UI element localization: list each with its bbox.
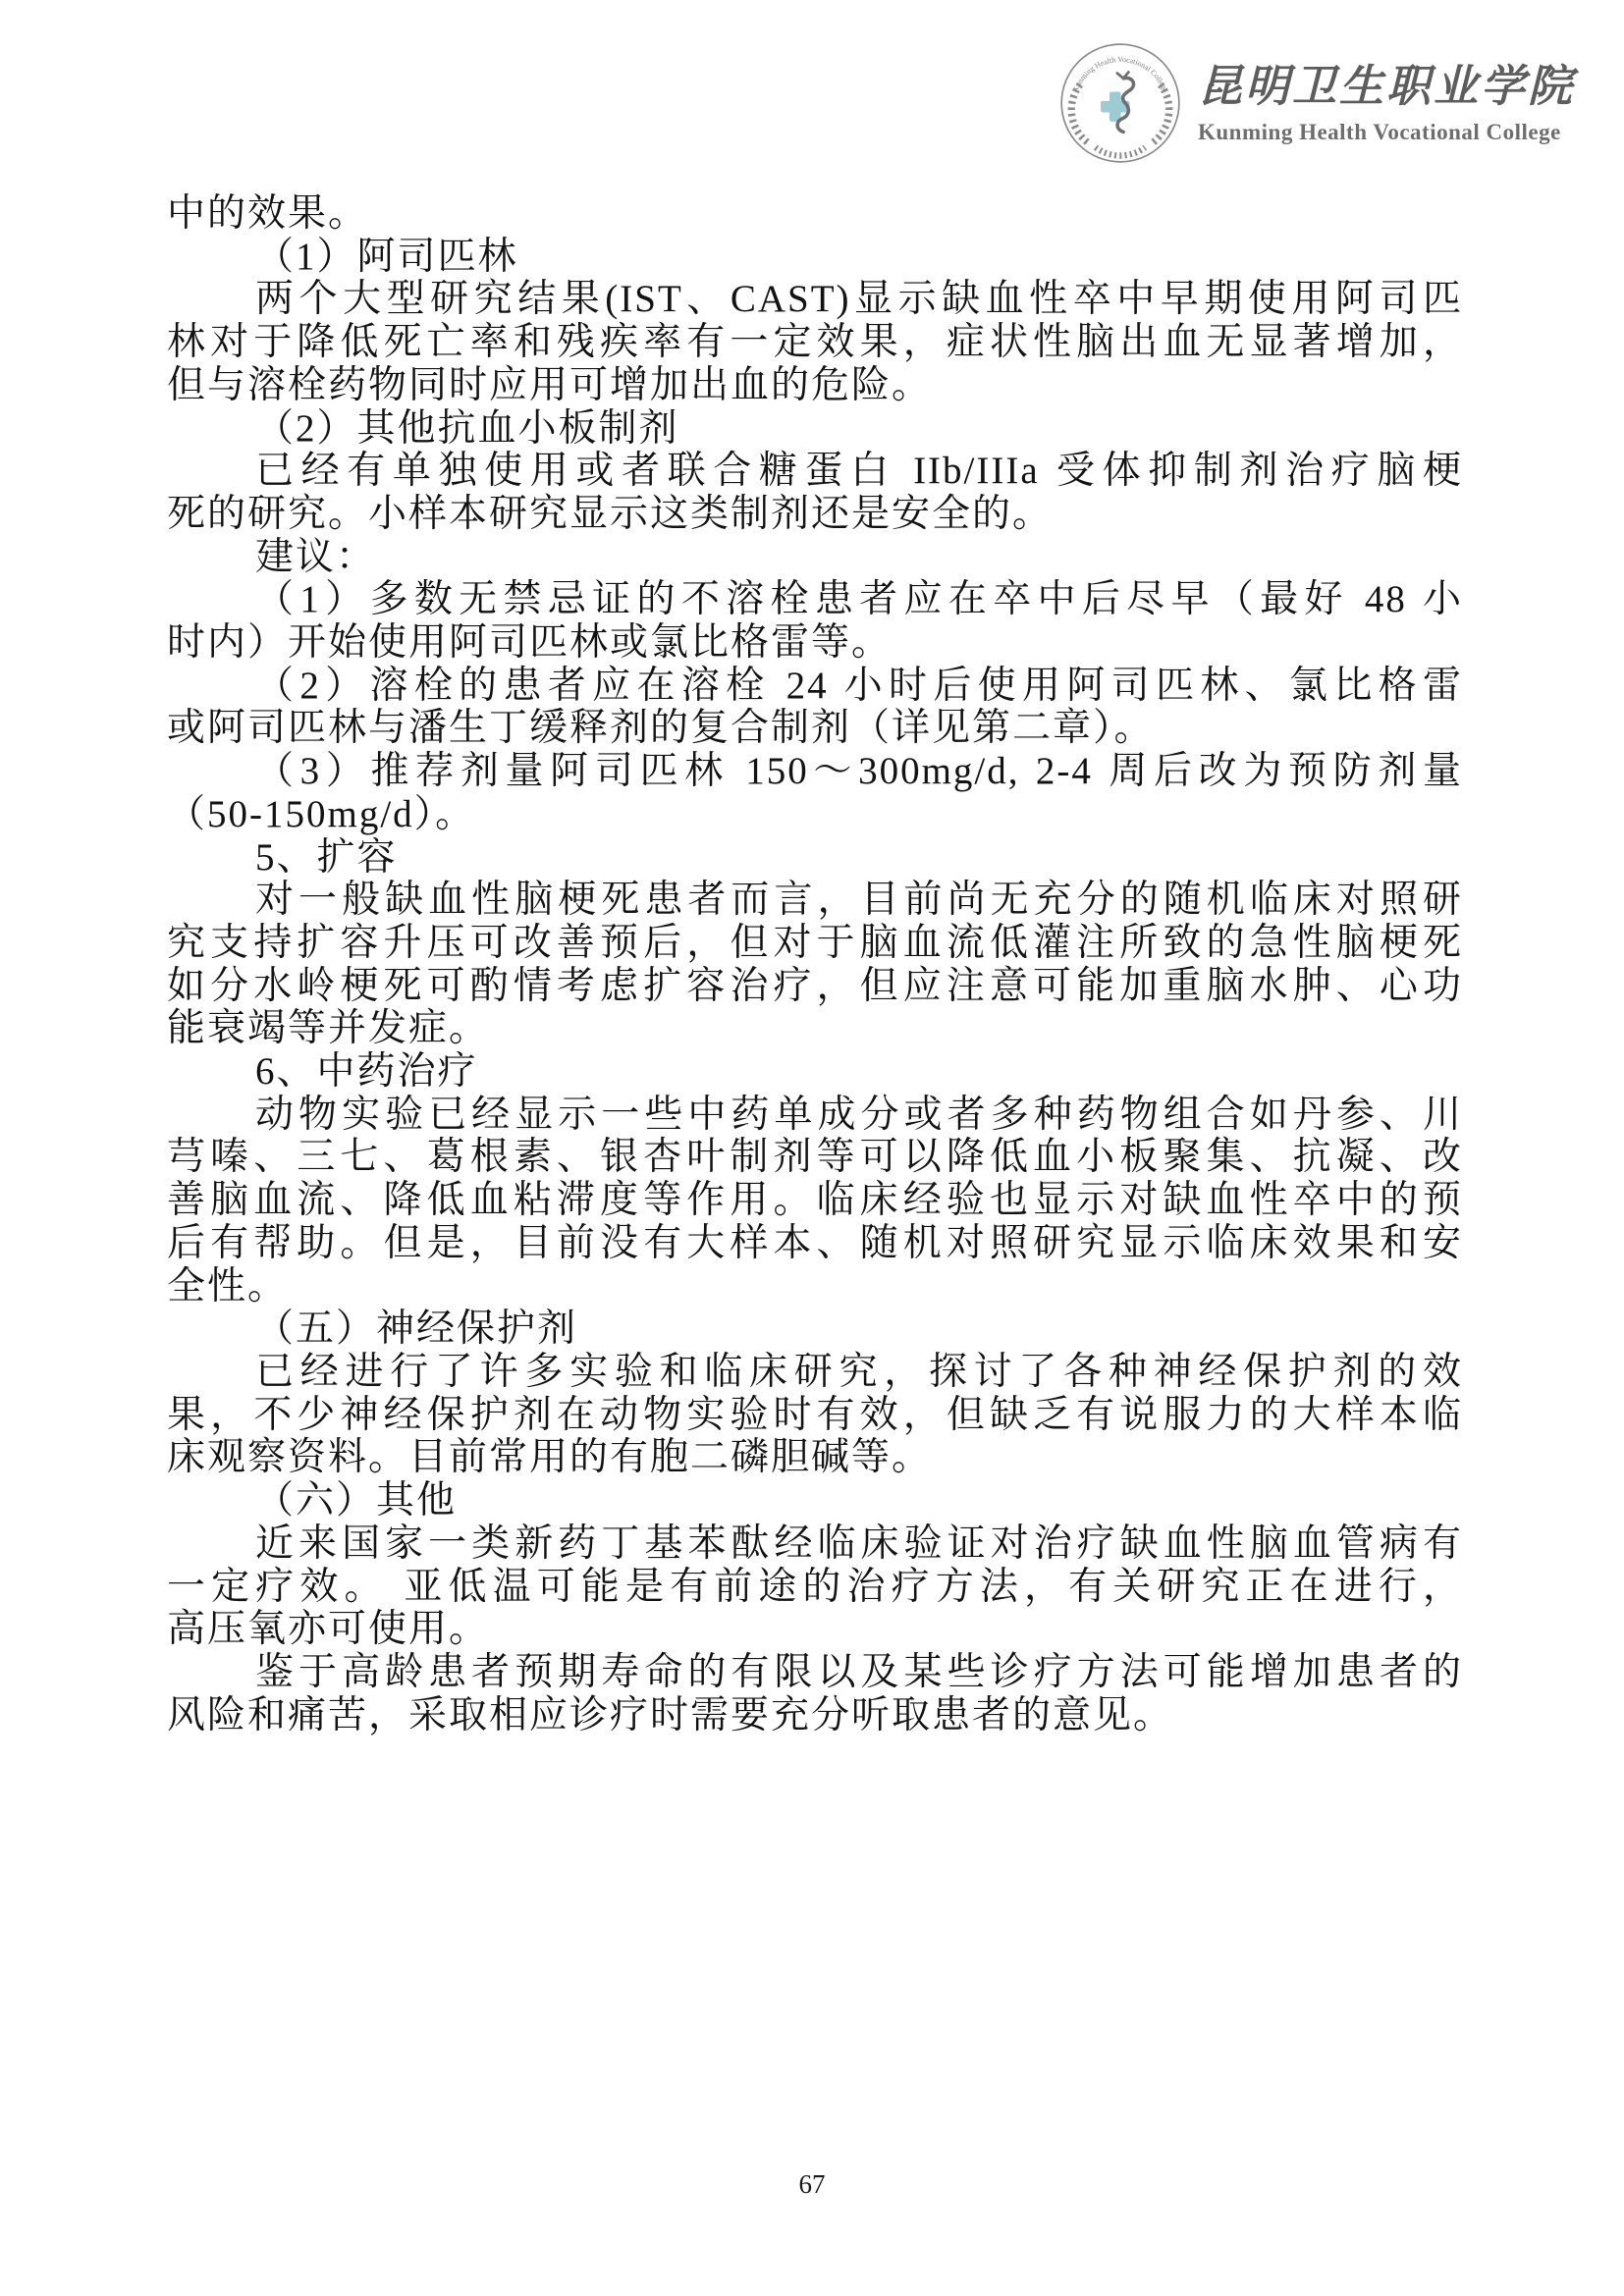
text-line: 风险和痛苦，采取相应诊疗时需要充分听取患者的意见。 — [167, 1694, 1463, 1737]
text-line: 高压氧亦可使用。 — [167, 1608, 1463, 1651]
text-line: （3）推荐剂量阿司匹林 150～300mg/d, 2-4 周后改为预防剂量 — [167, 750, 1463, 793]
text-line: 建议： — [167, 536, 1463, 579]
text-line: 动物实验已经显示一些中药单成分或者多种药物组合如丹参、川 — [167, 1094, 1463, 1137]
text-line: （50-150mg/d）。 — [167, 793, 1463, 836]
college-name-english: Kunming Health Vocational College — [1198, 120, 1575, 145]
text-line: 能衰竭等并发症。 — [167, 1007, 1463, 1050]
text-line: （1）阿司匹林 — [167, 236, 1463, 279]
text-line: 5、扩容 — [167, 836, 1463, 880]
text-line: 已经有单独使用或者联合糖蛋白 IIb/IIIa 受体抑制剂治疗脑梗 — [167, 450, 1463, 493]
page-number: 67 — [799, 2169, 826, 2199]
logo-text-block: 昆明卫生职业学院 Kunming Health Vocational Colle… — [1198, 41, 1575, 145]
document-body: 中的效果。（1）阿司匹林两个大型研究结果(IST、CAST)显示缺血性卒中早期使… — [167, 192, 1463, 1736]
text-line: （1）多数无禁忌证的不溶栓患者应在卒中后尽早（最好 48 小 — [167, 578, 1463, 621]
text-line: 如分水岭梗死可酌情考虑扩容治疗，但应注意可能加重脑水肿、心功 — [167, 965, 1463, 1008]
text-line: 善脑血流、降低血粘滞度等作用。临床经验也显示对缺血性卒中的预 — [167, 1179, 1463, 1222]
text-line: 果，不少神经保护剂在动物实验时有效，但缺乏有说服力的大样本临 — [167, 1394, 1463, 1437]
wreath-right — [1154, 84, 1169, 142]
wreath-bottom — [1096, 147, 1145, 155]
text-line: 一定疗效。 亚低温可能是有前途的治疗方法，有关研究正在进行， — [167, 1566, 1463, 1609]
wreath-left — [1071, 84, 1087, 142]
text-line: 两个大型研究结果(IST、CAST)显示缺血性卒中早期使用阿司匹 — [167, 278, 1463, 321]
text-line: （五）神经保护剂 — [167, 1308, 1463, 1351]
text-line: 全性。 — [167, 1265, 1463, 1308]
text-line: 但与溶栓药物同时应用可增加出血的危险。 — [167, 364, 1463, 407]
document-page: Kunming Health Vocational College 昆明卫生职业… — [0, 0, 1624, 2296]
text-line: （2）溶栓的患者应在溶栓 24 小时后使用阿司匹林、氯比格雷 — [167, 665, 1463, 708]
text-line: 或阿司匹林与潘生丁缓释剂的复合制剂（详见第二章）。 — [167, 707, 1463, 750]
text-line: 中的效果。 — [167, 192, 1463, 236]
text-line: 近来国家一类新药丁基苯酞经临床验证对治疗缺血性脑血管病有 — [167, 1522, 1463, 1566]
text-line: 林对于降低死亡率和残疾率有一定效果，症状性脑出血无显著增加， — [167, 321, 1463, 364]
text-line: 时内）开始使用阿司匹林或氯比格雷等。 — [167, 621, 1463, 665]
text-line: 死的研究。小样本研究显示这类制剂还是安全的。 — [167, 493, 1463, 536]
text-line: 6、中药治疗 — [167, 1050, 1463, 1094]
text-line: 已经进行了许多实验和临床研究，探讨了各种神经保护剂的效 — [167, 1351, 1463, 1394]
text-line: （六）其他 — [167, 1479, 1463, 1522]
text-line: 究支持扩容升压可改善预后，但对于脑血流低灌注所致的急性脑梗死 — [167, 922, 1463, 965]
page-footer: 67 — [0, 2169, 1624, 2200]
text-line: 鉴于高龄患者预期寿命的有限以及某些诊疗方法可能增加患者的 — [167, 1651, 1463, 1694]
text-line: 后有帮助。但是，目前没有大样本、随机对照研究显示临床效果和安 — [167, 1222, 1463, 1265]
text-line: 芎嗪、三七、葛根素、银杏叶制剂等可以降低血小板聚集、抗凝、改 — [167, 1136, 1463, 1179]
text-line: 床观察资料。目前常用的有胞二磷胆碱等。 — [167, 1436, 1463, 1479]
text-line: （2）其他抗血小板制剂 — [167, 407, 1463, 451]
college-logo: Kunming Health Vocational College 昆明卫生职业… — [1058, 41, 1575, 165]
text-line: 对一般缺血性脑梗死患者而言，目前尚无充分的随机临床对照研 — [167, 879, 1463, 922]
college-seal-icon: Kunming Health Vocational College — [1058, 41, 1182, 165]
college-name-chinese: 昆明卫生职业学院 — [1198, 63, 1575, 112]
